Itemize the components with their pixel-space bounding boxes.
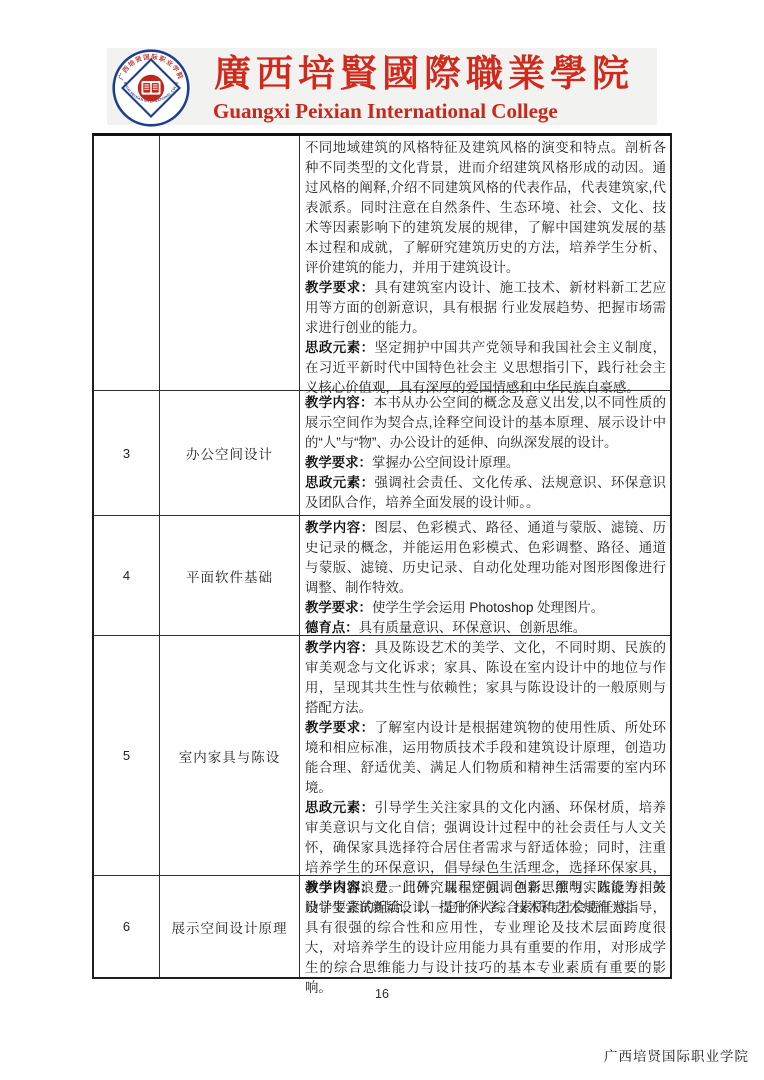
paragraph-text: 使学生学会运用 Photoshop 处理图片。 [372,600,604,615]
paragraph-text: 不同地域建筑的风格特征及建筑风格的演变和特点。剖析各种不同类型的文化背景，进而介… [305,140,666,275]
paragraph-text: 是一门研究展示空间、色彩、照明、陈设等相关设计要素的组合，以一定的科学、技术和艺… [305,880,666,995]
paragraph: 教学内容：是一门研究展示空间、色彩、照明、陈设等相关设计要素的组合，以一定的科学… [305,878,666,998]
paragraph-label: 教学内容： [305,640,375,655]
paragraph-label: 思政元素： [305,800,375,815]
paragraph: 教学要求：了解室内设计是根据建筑物的使用性质、所处环境和相应标准，运用物质技术手… [305,718,666,798]
paragraph-label: 教学内容： [305,395,374,410]
paragraph: 不同地域建筑的风格特征及建筑风格的演变和特点。剖析各种不同类型的文化背景，进而介… [305,138,666,278]
college-name-en: Guangxi Peixian International College [213,99,558,123]
course-name: 室内家具与陈设 [160,636,300,875]
paragraph: 教学内容：本书从办公空间的概念及意义出发,以不同性质的展示空间作为契合点,诠释空… [305,393,666,453]
paragraph-label: 德育点： [305,620,359,635]
paragraph: 教学内容：图层、色彩模式、路径、通道与蒙版、滤镜、历史记录的概念，并能运用色彩模… [305,518,666,598]
table-row: 4 平面软件基础 教学内容：图层、色彩模式、路径、通道与蒙版、滤镜、历史记录的概… [94,516,670,636]
syllabus-table: 不同地域建筑的风格特征及建筑风格的演变和特点。剖析各种不同类型的文化背景，进而介… [92,133,672,979]
course-name: 平面软件基础 [160,516,300,635]
course-name: 办公空间设计 [160,391,300,515]
table-row: 5 室内家具与陈设 教学内容：具及陈设艺术的美学、文化，不同时期、民族的审美观念… [94,636,670,876]
paragraph-label: 教学要求： [305,280,375,295]
row-number [94,136,160,390]
paragraph-text: 掌握办公空间设计原理。 [372,455,519,470]
paragraph-label: 教学内容： [305,520,375,535]
paragraph-label: 思政元素： [305,340,375,355]
paragraph: 思政元素：坚定拥护中国共产党领导和我国社会主义制度，在习近平新时代中国特色社会主… [305,338,666,398]
row-number: 5 [94,636,160,875]
footer-watermark: 广西培贤国际职业学院 [604,1045,749,1065]
college-name-zh: 廣西培賢國際職業學院 [214,51,659,99]
course-description: 教学内容：具及陈设艺术的美学、文化，不同时期、民族的审美观念与文化诉求；家具、陈… [300,636,670,875]
paragraph-label: 教学要求： [305,720,375,735]
paragraph-text: 具有质量意识、环保意识、创新思维。 [359,620,587,635]
course-description: 不同地域建筑的风格特征及建筑风格的演变和特点。剖析各种不同类型的文化背景，进而介… [300,136,670,390]
page-number: 16 [0,987,764,1001]
document-page: 广西培贤国际职业学院 GUANGXI PEIXIAN INTERNATIONAL… [0,0,764,1080]
paragraph: 教学要求：具有建筑室内设计、施工技术、新材料新工艺应用等方面的创新意识，具有根据… [305,278,666,338]
course-description: 教学内容：是一门研究展示空间、色彩、照明、陈设等相关设计要素的组合，以一定的科学… [300,876,670,977]
paragraph: 思政元素：强调社会责任、文化传承、法规意识、环保意识及团队合作，培养全面发展的设… [305,473,666,513]
course-description: 教学内容：图层、色彩模式、路径、通道与蒙版、滤镜、历史记录的概念，并能运用色彩模… [300,516,670,635]
paragraph-label: 教学要求： [305,455,372,470]
course-description: 教学内容：本书从办公空间的概念及意义出发,以不同性质的展示空间作为契合点,诠释空… [300,391,670,515]
paragraph: 教学要求：使学生学会运用 Photoshop 处理图片。 [305,598,666,618]
paragraph: 教学要求：掌握办公空间设计原理。 [305,453,666,473]
table-row: 6 展示空间设计原理 教学内容：是一门研究展示空间、色彩、照明、陈设等相关设计要… [94,876,670,977]
course-name [160,136,300,390]
paragraph-label: 思政元素： [305,475,375,490]
paragraph-label: 教学内容： [305,880,375,895]
paragraph: 德育点：具有质量意识、环保意识、创新思维。 [305,618,666,638]
row-number: 4 [94,516,160,635]
college-logo-icon: 广西培贤国际职业学院 GUANGXI PEIXIAN INTERNATIONAL… [111,48,191,128]
table-row: 不同地域建筑的风格特征及建筑风格的演变和特点。剖析各种不同类型的文化背景，进而介… [94,136,670,391]
course-name: 展示空间设计原理 [160,876,300,977]
table-row: 3 办公空间设计 教学内容：本书从办公空间的概念及意义出发,以不同性质的展示空间… [94,391,670,516]
row-number: 6 [94,876,160,977]
paragraph-label: 教学要求： [305,600,372,615]
paragraph: 教学内容：具及陈设艺术的美学、文化，不同时期、民族的审美观念与文化诉求；家具、陈… [305,638,666,718]
book-icon [142,81,161,95]
row-number: 3 [94,391,160,515]
